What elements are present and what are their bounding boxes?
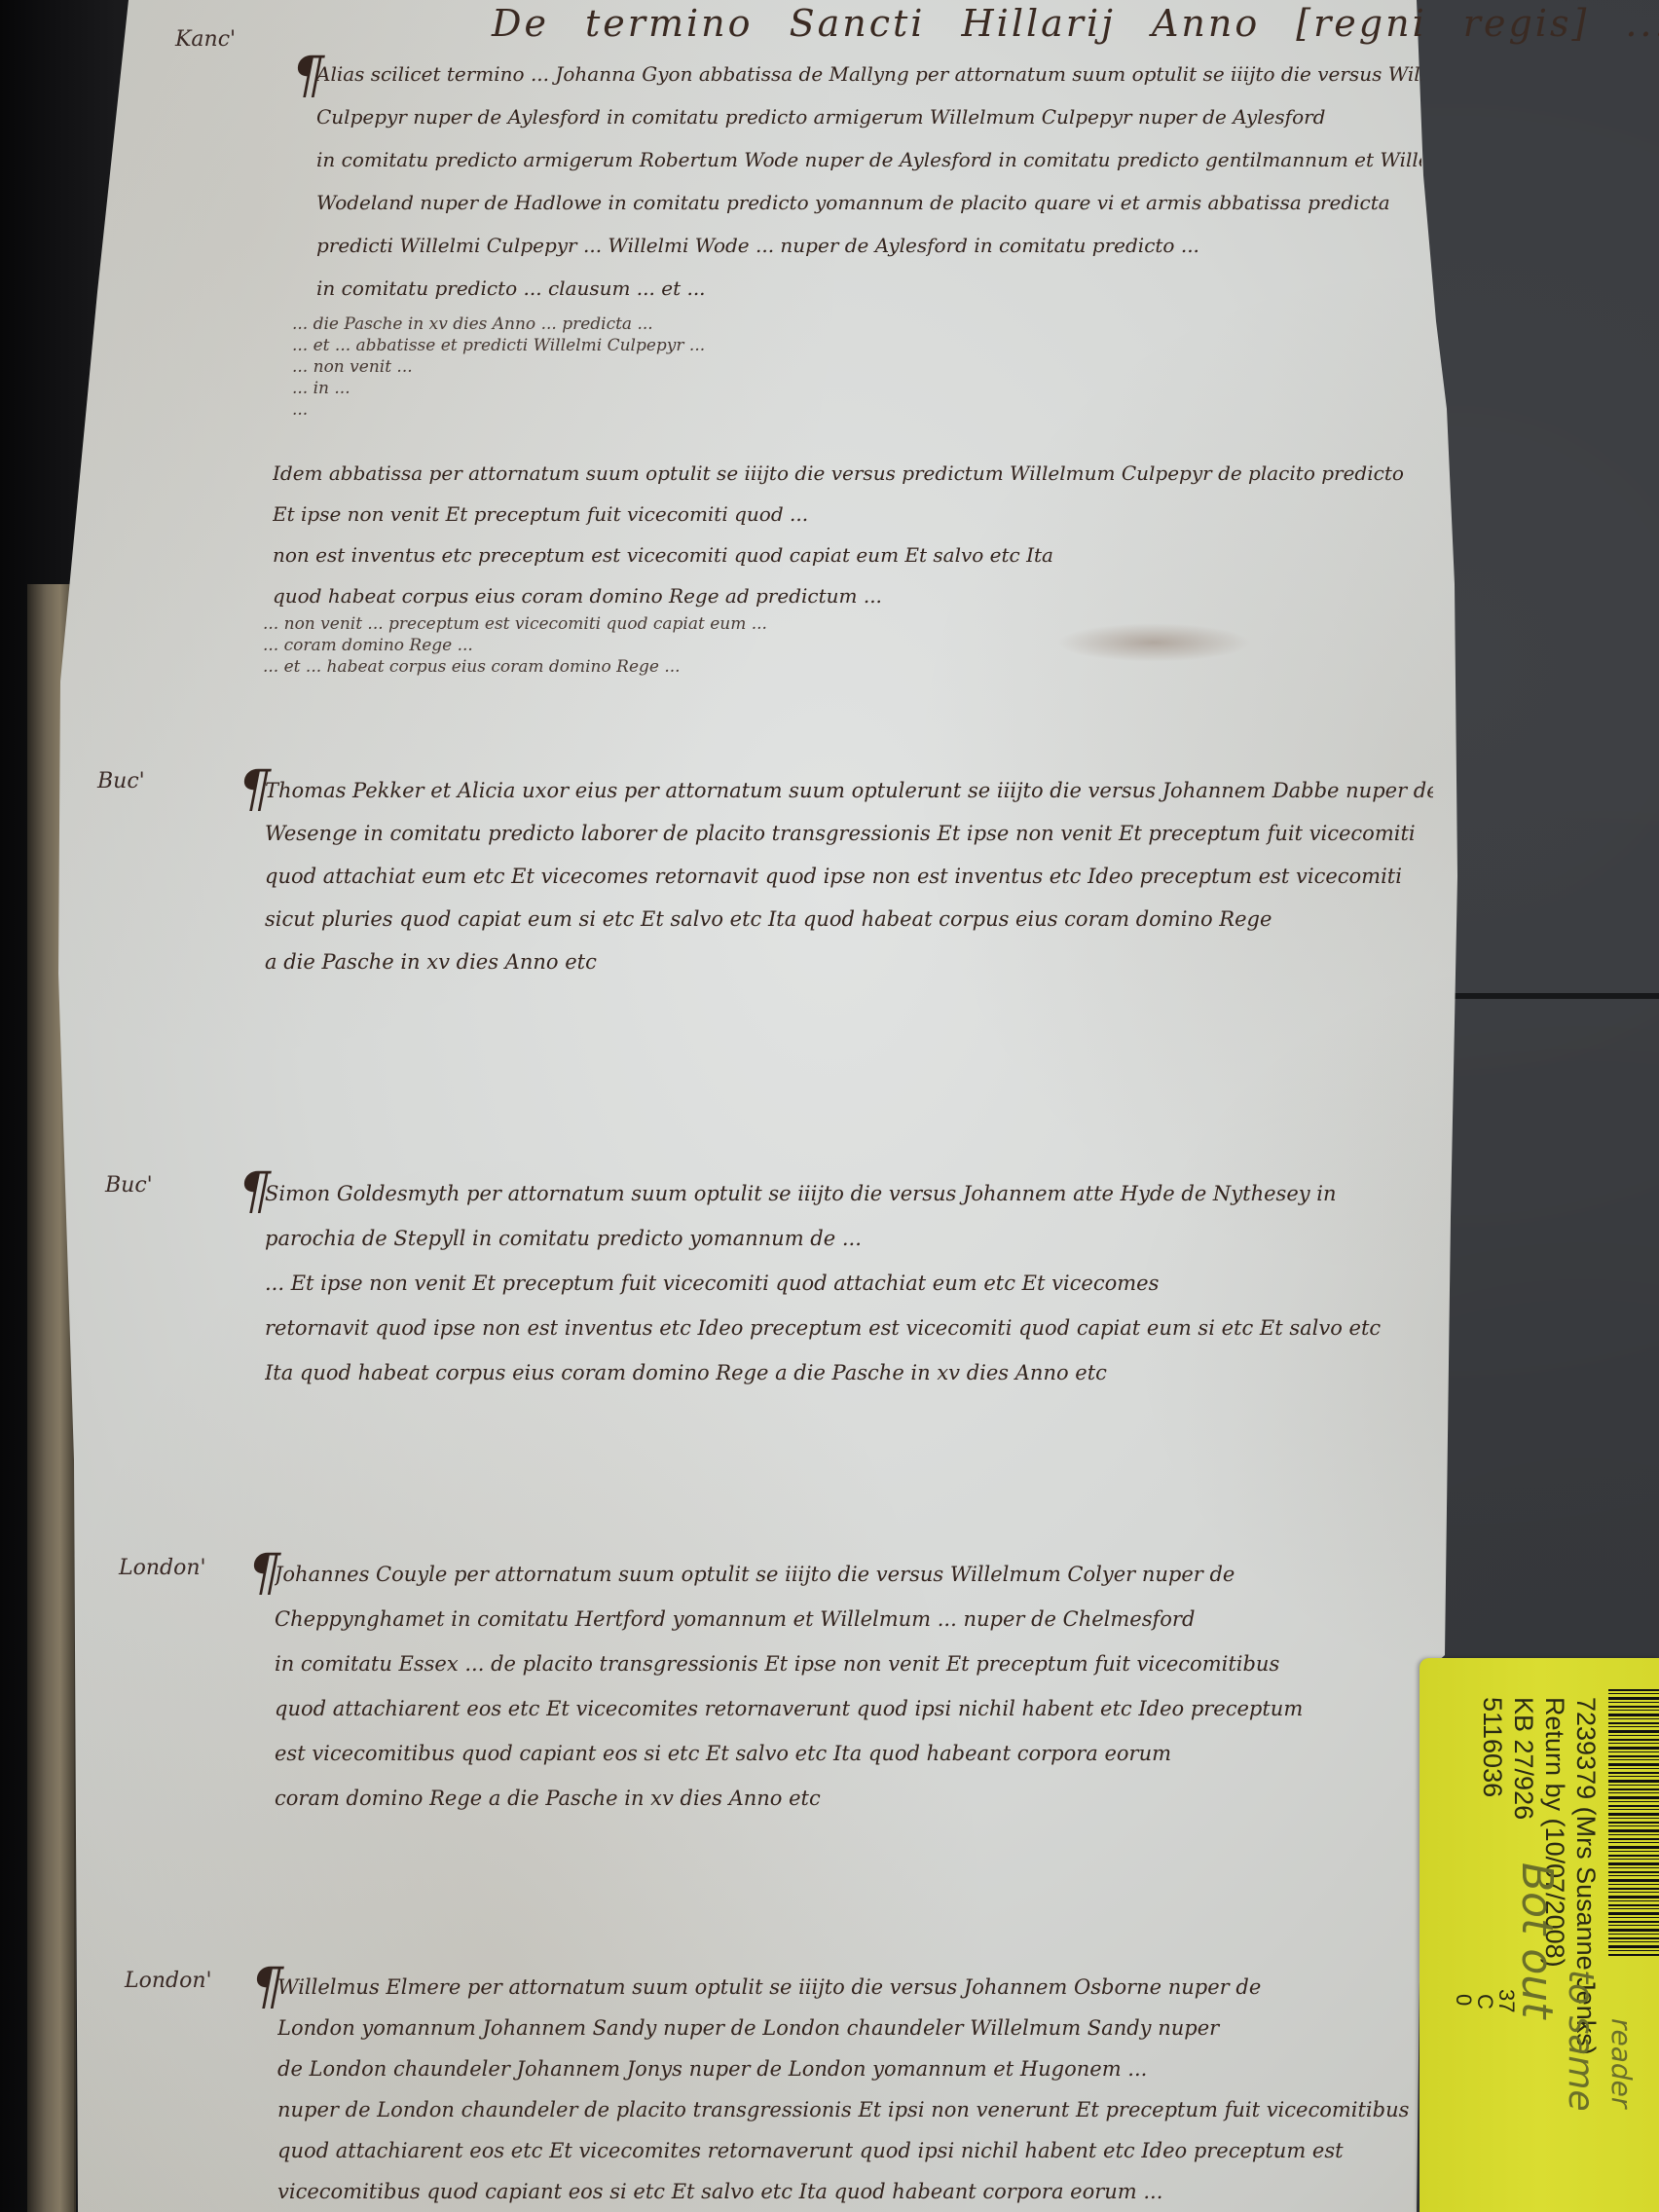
slip-reference: KB 27/926: [1508, 1697, 1538, 1820]
entry-line: quod attachiarent eos etc Et vicecomites…: [277, 2130, 1417, 2171]
margin-county-label: London': [125, 1969, 212, 1993]
handwritten-note: to same: [1561, 1970, 1601, 2112]
entry-line: Wesenge in comitatu predicto laborer de …: [265, 812, 1433, 855]
entry-line: London yomannum Johannem Sandy nuper de …: [277, 2008, 1417, 2048]
entry-line: Willelmus Elmere per attornatum suum opt…: [277, 1967, 1417, 2008]
plea-entry-2: Idem abbatissa per attornatum suum optul…: [273, 453, 1426, 616]
entry-line: ... et ... habeat corpus eius coram domi…: [263, 656, 1426, 678]
roll-heading: De termino Sancti Hillarij Anno [regni r…: [492, 2, 1659, 45]
slip-document-id: 5116036: [1477, 1697, 1507, 1797]
entry-line: in comitatu predicto armigerum Robertum …: [316, 138, 1421, 181]
handwritten-note: Bot out: [1512, 1862, 1562, 2018]
entry-line: Culpepyr nuper de Aylesford in comitatu …: [316, 95, 1421, 138]
entry-line: Ita quod habeat corpus eius coram domino…: [265, 1350, 1433, 1395]
entry-line: vicecomitibus quod capiant eos si etc Et…: [277, 2171, 1417, 2212]
entry-line: non est inventus etc preceptum est vicec…: [273, 535, 1426, 575]
entry-line: ... die Pasche in xv dies Anno ... predi…: [292, 313, 1421, 335]
entry-line: a die Pasche in xv dies Anno etc: [265, 940, 1433, 983]
entry-line: Johannes Couyle per attornatum suum optu…: [275, 1552, 1419, 1597]
slip-text-rotated: 5116036 KB 27/926 Return by (10/07/2008)…: [1419, 1658, 1659, 2212]
entry-line: quod habeat corpus eius coram domino Reg…: [273, 575, 1426, 616]
plea-entry-5: Johannes Couyle per attornatum suum optu…: [275, 1552, 1419, 1821]
entry-line: ... in ...: [292, 378, 1421, 399]
entry-line: in comitatu Essex ... de placito transgr…: [275, 1641, 1419, 1686]
plea-entry-1: Alias scilicet termino ... Johanna Gyon …: [316, 53, 1421, 310]
entry-line: ... non venit ... preceptum est vicecomi…: [263, 613, 1426, 635]
board-seam: [1451, 993, 1659, 999]
entry-line: Thomas Pekker et Alicia uxor eius per at…: [265, 769, 1433, 812]
entry-line: retornavit quod ipse non est inventus et…: [265, 1306, 1433, 1350]
entry-line: predicti Willelmi Culpepyr ... Willelmi …: [316, 224, 1421, 267]
entry-line: ... Et ipse non venit Et preceptum fuit …: [265, 1261, 1433, 1306]
entry-line: coram domino Rege a die Pasche in xv die…: [275, 1776, 1419, 1821]
margin-county-label: Buc': [105, 1173, 153, 1198]
entry-line: Alias scilicet termino ... Johanna Gyon …: [316, 53, 1421, 95]
entry-line: Cheppynghamet in comitatu Hertford yoman…: [275, 1597, 1419, 1641]
entry-line: ... coram domino Rege ...: [263, 635, 1426, 656]
plea-entry-1-dense: ... die Pasche in xv dies Anno ... predi…: [292, 313, 1421, 421]
archive-production-slip: 5116036 KB 27/926 Return by (10/07/2008)…: [1419, 1658, 1659, 2212]
plea-entry-4: Simon Goldesmyth per attornatum suum opt…: [265, 1171, 1433, 1395]
entry-line: sicut pluries quod capiat eum si etc Et …: [265, 898, 1433, 940]
plea-entry-3: Thomas Pekker et Alicia uxor eius per at…: [265, 769, 1433, 983]
entry-line: de London chaundeler Johannem Jonys nupe…: [277, 2048, 1417, 2089]
handwritten-note: reader: [1605, 2018, 1638, 2108]
photo-stage: De termino Sancti Hillarij Anno [regni r…: [0, 0, 1659, 2212]
entry-line: ...: [292, 399, 1421, 421]
entry-line: parochia de Stepyll in comitatu predicto…: [265, 1216, 1433, 1261]
plea-entry-2-dense: ... non venit ... preceptum est vicecomi…: [263, 613, 1426, 678]
entry-line: est vicecomitibus quod capiant eos si et…: [275, 1731, 1419, 1776]
entry-line: ... non venit ...: [292, 356, 1421, 378]
entry-line: quod attachiarent eos etc Et vicecomites…: [275, 1686, 1419, 1731]
plea-entry-6: Willelmus Elmere per attornatum suum opt…: [277, 1967, 1417, 2212]
entry-line: Simon Goldesmyth per attornatum suum opt…: [265, 1171, 1433, 1216]
entry-line: in comitatu predicto ... clausum ... et …: [316, 267, 1421, 310]
entry-line: Idem abbatissa per attornatum suum optul…: [273, 453, 1426, 494]
margin-county-label: London': [119, 1556, 206, 1580]
entry-line: nuper de London chaundeler de placito tr…: [277, 2089, 1417, 2130]
margin-county-label: Buc': [97, 769, 145, 793]
entry-line: Et ipse non venit Et preceptum fuit vice…: [273, 494, 1426, 535]
entry-line: quod attachiat eum etc Et vicecomes reto…: [265, 855, 1433, 898]
entry-line: ... et ... abbatisse et predicti Willelm…: [292, 335, 1421, 356]
ink-smudge: [1056, 623, 1251, 662]
entry-line: Wodeland nuper de Hadlowe in comitatu pr…: [316, 181, 1421, 224]
margin-county-label: Kanc': [175, 27, 236, 52]
